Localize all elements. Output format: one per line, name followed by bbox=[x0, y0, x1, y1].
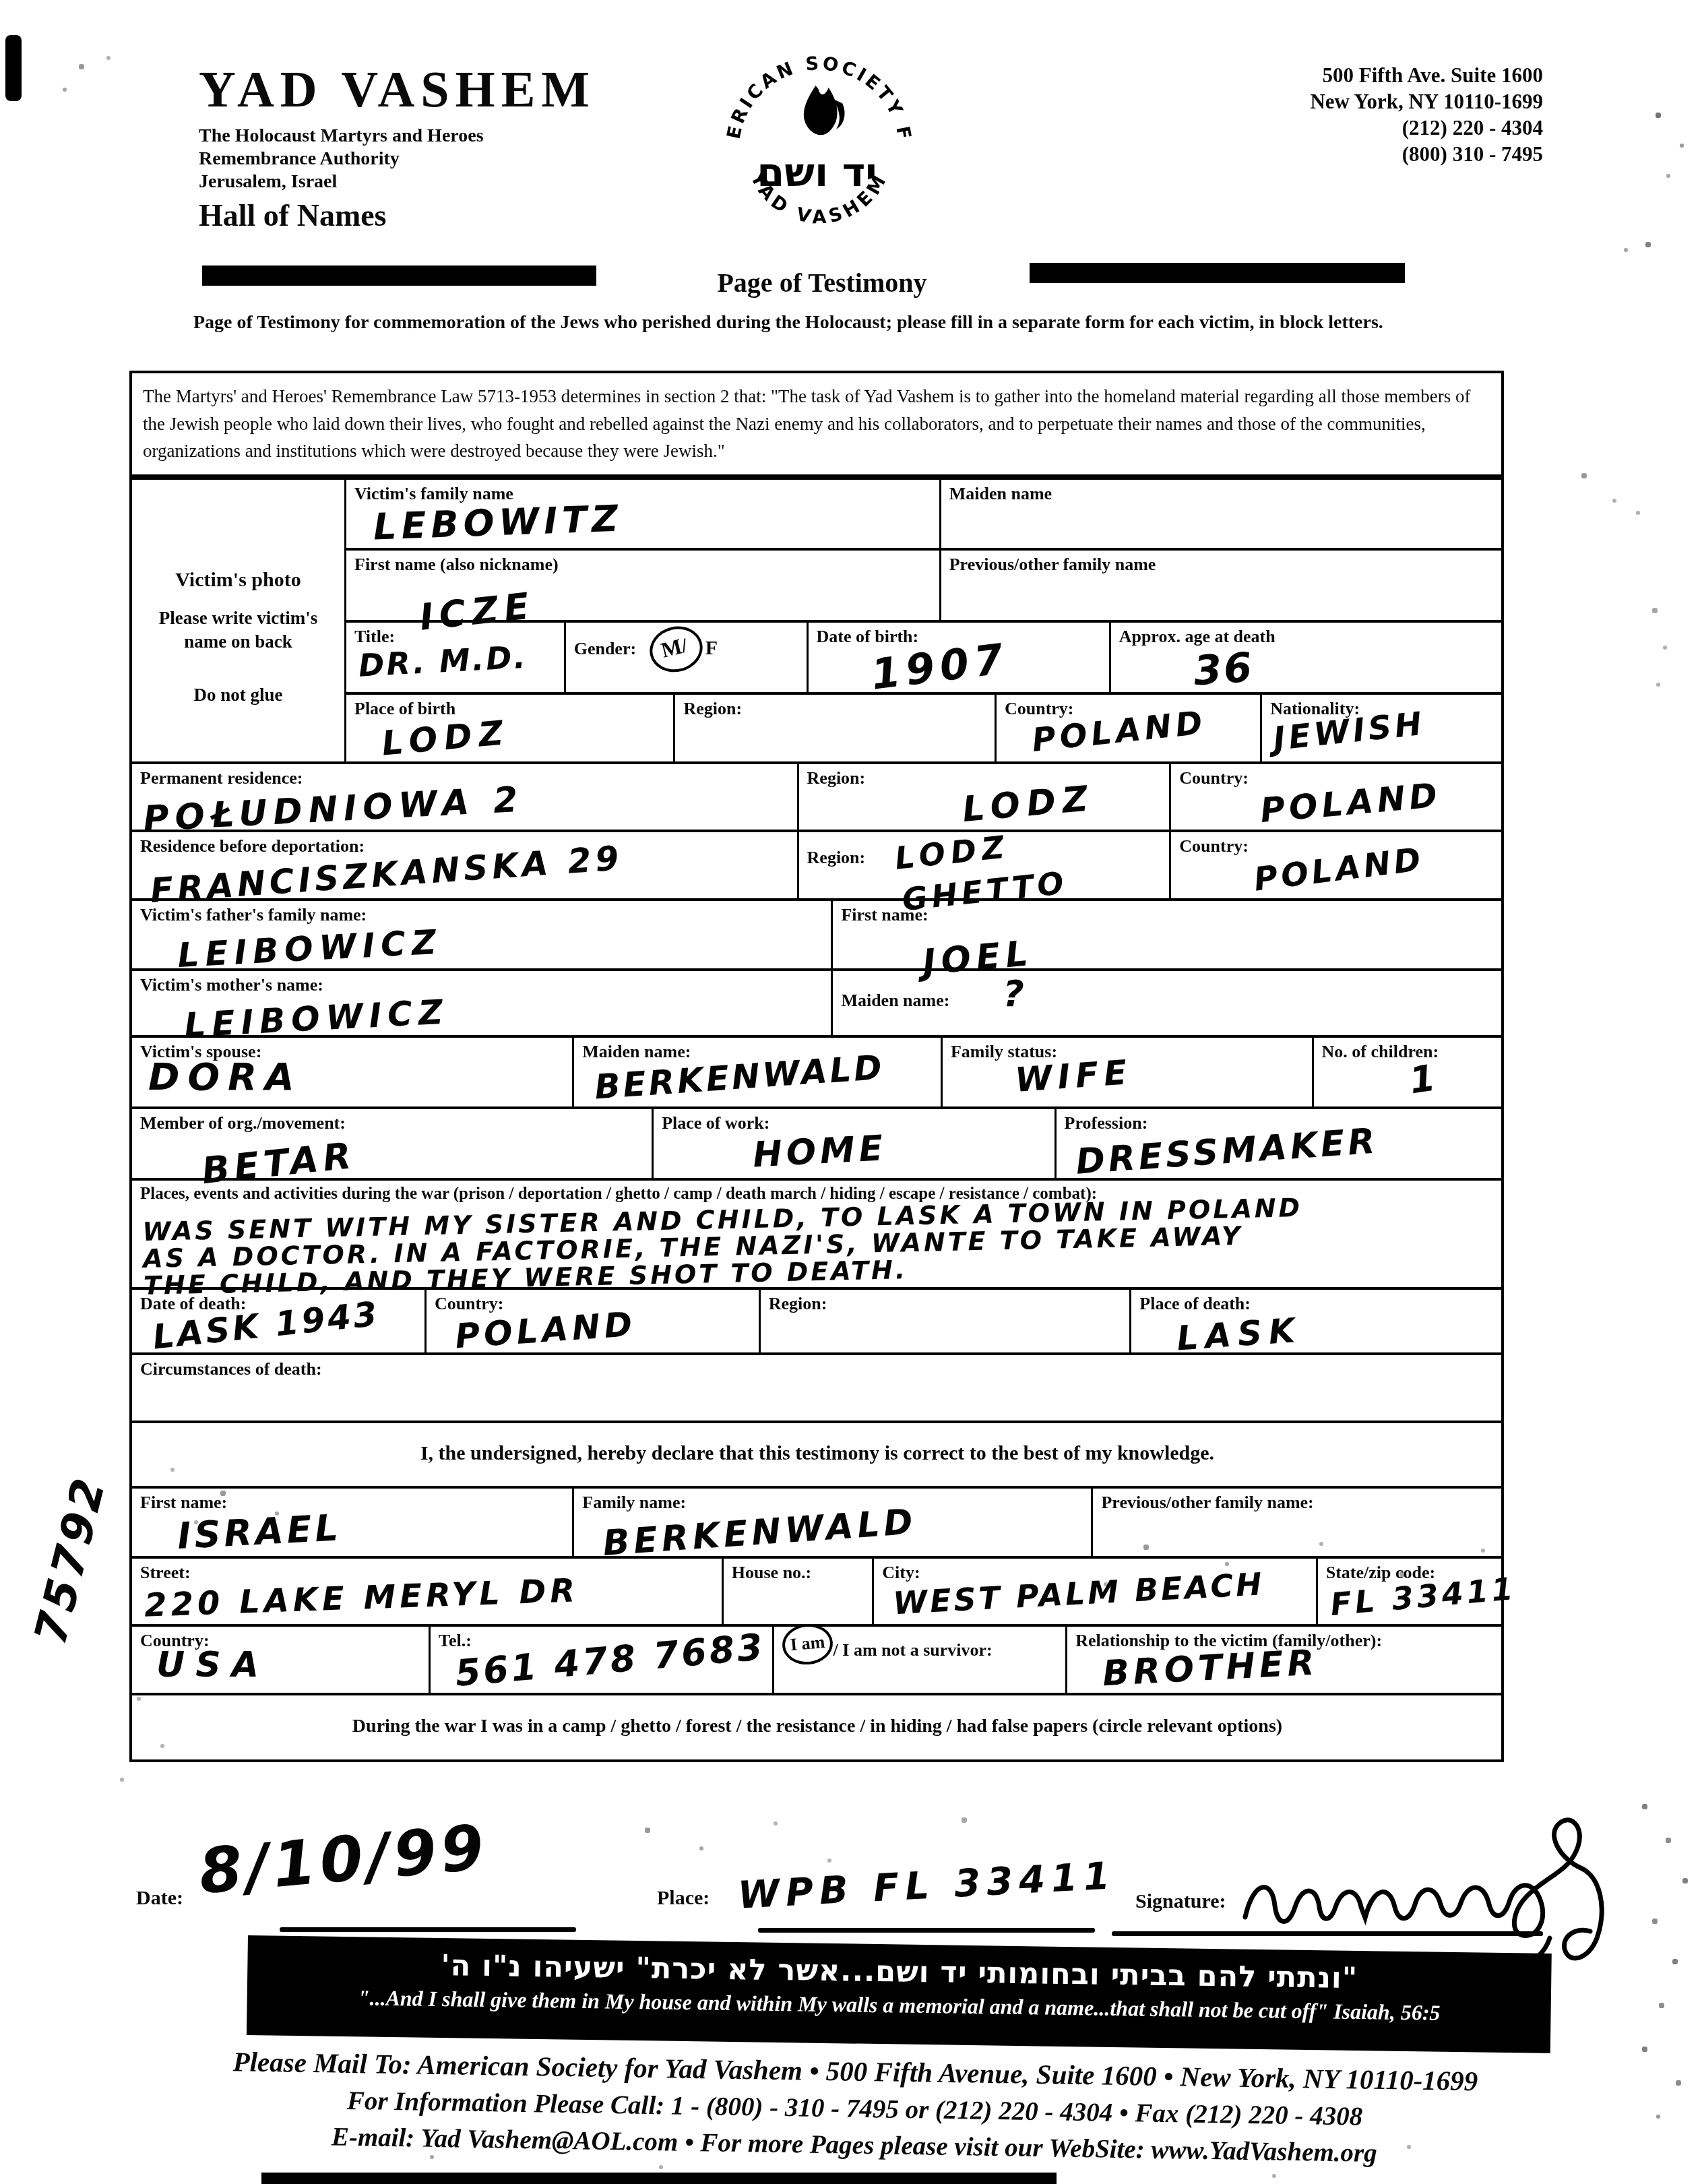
date-label: Date: bbox=[136, 1887, 183, 1910]
place-underline bbox=[758, 1928, 1095, 1933]
row-first-name: First name (also nickname) ICZE Previous… bbox=[346, 548, 1501, 620]
address-line-3: (212) 220 - 4304 bbox=[1139, 115, 1543, 141]
field-birth-country: Country: POLAND bbox=[997, 695, 1262, 761]
row-mother: Victim's mother's name: LEIBOWICZ Maiden… bbox=[132, 968, 1501, 1035]
row-death: Date of death: LASK 1943 Country: POLAND… bbox=[132, 1287, 1501, 1352]
field-label: Gender: bbox=[574, 639, 636, 658]
address-block: 500 Fifth Ave. Suite 1600 New York, NY 1… bbox=[1139, 62, 1543, 167]
bottom-scan-bar bbox=[261, 2173, 1057, 2184]
field-street: Street: 220 LAKE MERYL DR bbox=[132, 1559, 724, 1624]
signature-label: Signature: bbox=[1135, 1890, 1226, 1913]
field-title: Title: DR. M.D. bbox=[346, 623, 566, 692]
field-submitter-country: Country: USA bbox=[132, 1627, 431, 1693]
field-residence-before-deportation: Residence before deportation: FRANCISZKA… bbox=[132, 832, 799, 898]
field-birth-region: Region: bbox=[675, 695, 996, 761]
field-circumstances-of-death: Circumstances of death: bbox=[132, 1355, 1501, 1421]
org-title: YAD VASHEM bbox=[199, 64, 596, 115]
handwritten-value: USA bbox=[156, 1647, 422, 1684]
row-submitter-address: Street: 220 LAKE MERYL DR House no.: Cit… bbox=[132, 1556, 1501, 1624]
logo-hebrew-text: יד ושם bbox=[757, 149, 877, 195]
address-line-2: New York, NY 10110-1699 bbox=[1139, 88, 1543, 115]
field-death-country: Country: POLAND bbox=[427, 1290, 761, 1352]
photo-cell-instruction: Please write victim's name on back bbox=[154, 606, 323, 654]
header-rule-left bbox=[202, 266, 596, 286]
org-subtitle-1: The Holocaust Martyrs and Heroes bbox=[199, 125, 596, 148]
page-of-testimony-scan: YAD VASHEM The Holocaust Martyrs and Her… bbox=[0, 0, 1700, 2184]
field-label: Previous/other family name: bbox=[1101, 1493, 1494, 1513]
row-permanent-residence: Permanent residence: POŁUDNIOWA 2 Region… bbox=[132, 761, 1501, 830]
handwritten-value: ? bbox=[1003, 975, 1026, 1013]
row-title-gender-birth: Title: DR. M.D. Gender: M/ F Date of bir… bbox=[346, 620, 1501, 692]
org-subtitle-3: Jerusalem, Israel bbox=[199, 170, 596, 193]
field-father-family-name: Victim's father's family name: LEIBOWICZ bbox=[132, 901, 833, 968]
field-label: Region: bbox=[807, 848, 866, 867]
remembrance-law-box: The Martyrs' and Heroes' Remembrance Law… bbox=[129, 371, 1504, 477]
row-war-options: During the war I was in a camp / ghetto … bbox=[132, 1693, 1501, 1759]
field-spouse: Victim's spouse: DORA bbox=[132, 1038, 574, 1106]
handwritten-value: DORA bbox=[148, 1058, 565, 1098]
field-place-of-death: Place of death: LASK bbox=[1131, 1290, 1501, 1352]
header-rule-right bbox=[1030, 263, 1405, 283]
field-label: Region: bbox=[683, 699, 987, 719]
field-profession: Profession: DRESSMAKER bbox=[1057, 1109, 1501, 1178]
place-handwritten-value: WPB FL 33411 bbox=[737, 1857, 1117, 1916]
field-label: House no.: bbox=[732, 1563, 866, 1583]
row-circumstances: Circumstances of death: bbox=[132, 1352, 1501, 1421]
field-submitter-previous-family-name: Previous/other family name: bbox=[1093, 1489, 1501, 1556]
survivor-circled-option: I am bbox=[781, 1622, 835, 1666]
field-state-zip: State/zip code: FL 33411 bbox=[1318, 1559, 1523, 1624]
page-title: Page of Testimony bbox=[681, 267, 964, 299]
field-submitter-first-name: First name: ISRAEL bbox=[132, 1489, 574, 1556]
row-family-name: Victim's family name LEBOWITZ Maiden nam… bbox=[346, 480, 1501, 548]
date-handwritten-value: 8/10/99 bbox=[197, 1815, 491, 1905]
row-submitter-contact: Country: USA Tel.: 561 478 7683 I am/ I … bbox=[132, 1624, 1501, 1693]
field-deportation-region: Region: LODZ GHETTO bbox=[799, 832, 1172, 898]
row-submitter-name: First name: ISRAEL Family name: BERKENWA… bbox=[132, 1486, 1501, 1556]
field-previous-family-name: Previous/other family name bbox=[941, 551, 1501, 620]
field-mother-maiden-name: Maiden name: ? bbox=[833, 971, 1501, 1035]
field-label: Region: bbox=[769, 1294, 1123, 1314]
field-war-events: Places, events and activities during the… bbox=[132, 1181, 1501, 1287]
american-society-yad-vashem-logo: AMERICAN SOCIETY FOR YAD VASHEM יד ושם bbox=[713, 46, 925, 258]
field-spouse-maiden-name: Maiden name: BERKENWALD bbox=[574, 1038, 943, 1106]
handwritten-value: 1 bbox=[1407, 1051, 1497, 1100]
margin-catalog-number: 75792 bbox=[27, 1471, 114, 1649]
address-line-4: (800) 310 - 7495 bbox=[1139, 141, 1543, 167]
victim-photo-cell: Victim's photo Please write victim's nam… bbox=[132, 480, 346, 761]
field-date-of-death: Date of death: LASK 1943 bbox=[132, 1290, 427, 1352]
field-permanent-residence: Permanent residence: POŁUDNIOWA 2 bbox=[132, 764, 799, 830]
field-age-at-death: Approx. age at death 36 bbox=[1111, 623, 1501, 692]
field-submitter-family-name: Family name: BERKENWALD bbox=[574, 1489, 1093, 1556]
handwritten-value-line1: LODZ bbox=[893, 830, 1011, 875]
field-organization: Member of org./movement: BETAR bbox=[132, 1109, 654, 1178]
field-gender: Gender: M/ F bbox=[566, 623, 809, 692]
declaration-text: I, the undersigned, hereby declare that … bbox=[420, 1442, 1214, 1464]
field-deportation-country: Country: POLAND bbox=[1171, 832, 1501, 898]
row-war-events: Places, events and activities during the… bbox=[132, 1178, 1501, 1287]
date-underline bbox=[280, 1927, 576, 1932]
field-maiden-name: Maiden name bbox=[941, 480, 1501, 548]
war-options-cell: During the war I was in a camp / ghetto … bbox=[132, 1695, 1501, 1759]
field-relationship: Relationship to the victim (family/other… bbox=[1067, 1627, 1501, 1693]
field-place-of-work: Place of work: HOME bbox=[654, 1109, 1056, 1178]
memorial-quote-bar: "ונתתי להם בביתי ובחומותי יד ושם...אשר ל… bbox=[247, 1935, 1552, 2053]
field-label: Maiden name bbox=[949, 484, 1494, 504]
gender-circled-mark: M/ bbox=[645, 621, 707, 677]
row-spouse: Victim's spouse: DORA Maiden name: BERKE… bbox=[132, 1035, 1501, 1106]
intro-paragraph: Page of Testimony for commemoration of t… bbox=[193, 310, 1413, 336]
field-permanent-country: Country: POLAND bbox=[1171, 764, 1501, 830]
org-header: YAD VASHEM The Holocaust Martyrs and Her… bbox=[199, 64, 596, 233]
field-label: Previous/other family name bbox=[949, 555, 1494, 575]
field-nationality: Nationality: JEWISH bbox=[1262, 695, 1501, 761]
field-telephone: Tel.: 561 478 7683 bbox=[431, 1627, 774, 1693]
field-permanent-region: Region: LODZ bbox=[799, 764, 1172, 830]
logo-flame-icon bbox=[804, 86, 845, 135]
place-label: Place: bbox=[657, 1887, 710, 1910]
gender-female-option: F bbox=[705, 637, 718, 659]
field-house-no: House no.: bbox=[724, 1559, 875, 1624]
row-organization: Member of org./movement: BETAR Place of … bbox=[132, 1106, 1501, 1178]
field-label: Circumstances of death: bbox=[140, 1359, 1494, 1379]
field-place-of-birth: Place of birth LODZ bbox=[346, 695, 675, 761]
testimony-form-table: Victim's photo Please write victim's nam… bbox=[129, 477, 1504, 1762]
photo-cell-title: Victim's photo bbox=[132, 569, 344, 592]
field-label: Maiden name: bbox=[841, 991, 949, 1010]
address-line-1: 500 Fifth Ave. Suite 1600 bbox=[1139, 62, 1543, 88]
declaration-cell: I, the undersigned, hereby declare that … bbox=[132, 1423, 1501, 1486]
field-survivor-status: I am/ I am not a survivor: bbox=[774, 1627, 1067, 1693]
field-city: City: WEST PALM BEACH bbox=[874, 1559, 1317, 1624]
field-family-status: Family status: WIFE bbox=[943, 1038, 1314, 1106]
field-date-of-birth: Date of birth: 1907 bbox=[809, 623, 1111, 692]
survivor-rest-label: / I am not a survivor: bbox=[833, 1640, 993, 1660]
field-mother-name: Victim's mother's name: LEIBOWICZ bbox=[132, 971, 833, 1035]
handwritten-value: DR. M.D. bbox=[358, 639, 558, 682]
survivor-i-am: I am bbox=[790, 1632, 826, 1654]
footer-contact-block: Please Mail To: American Society for Yad… bbox=[93, 2043, 1617, 2172]
hall-of-names-title: Hall of Names bbox=[199, 197, 596, 233]
field-victim-family-name: Victim's family name LEBOWITZ bbox=[346, 480, 941, 548]
photo-cell-no-glue: Do not glue bbox=[132, 685, 344, 706]
field-death-region: Region: bbox=[761, 1290, 1132, 1352]
field-number-of-children: No. of children: 1 bbox=[1314, 1038, 1501, 1106]
row-father: Victim's father's family name: LEIBOWICZ… bbox=[132, 898, 1501, 968]
field-victim-first-name: First name (also nickname) ICZE bbox=[346, 551, 941, 620]
row-place-of-birth: Place of birth LODZ Region: Country: POL… bbox=[346, 692, 1501, 761]
photocopy-noise bbox=[0, 0, 1, 1]
victim-photo-section: Victim's photo Please write victim's nam… bbox=[132, 480, 1501, 761]
signature-scribble bbox=[1233, 1806, 1624, 1974]
row-declaration: I, the undersigned, hereby declare that … bbox=[132, 1421, 1501, 1486]
scan-edge-artifact bbox=[5, 35, 22, 101]
war-options-text: During the war I was in a camp / ghetto … bbox=[352, 1716, 1282, 1737]
field-father-first-name: First name: JOEL bbox=[833, 901, 1501, 968]
org-subtitle-2: Remembrance Authority bbox=[199, 148, 596, 170]
victim-name-rows: Victim's family name LEBOWITZ Maiden nam… bbox=[346, 480, 1501, 761]
row-residence-before-deportation: Residence before deportation: FRANCISZKA… bbox=[132, 830, 1501, 898]
